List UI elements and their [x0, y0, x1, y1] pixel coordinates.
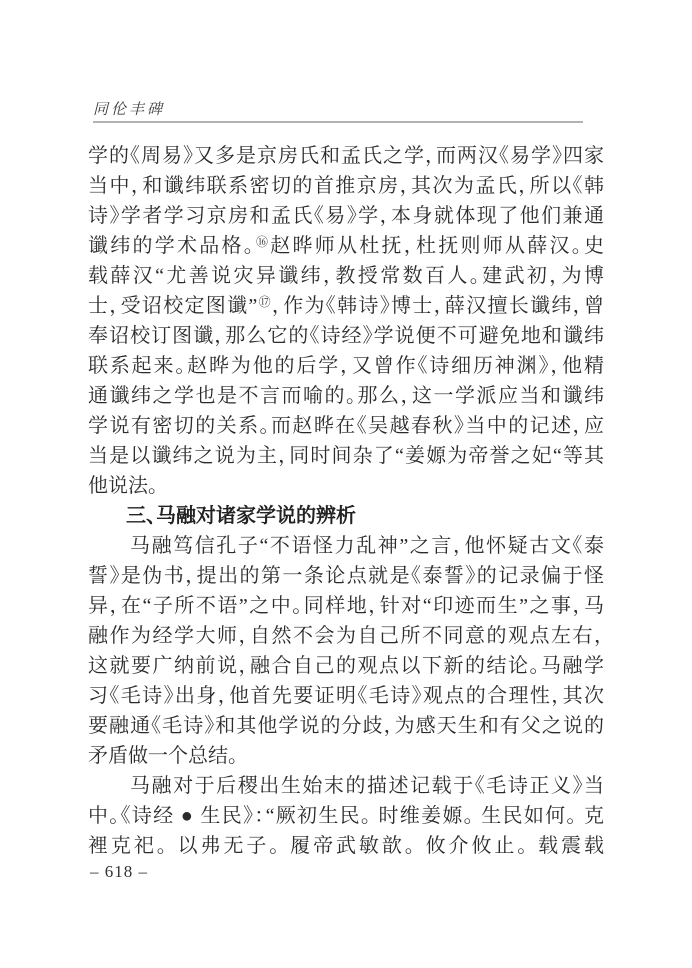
page-body: 学的《周易》又多是京房氏和孟氏之学，而两汉《易学》四家当中，和谶纬联系密切的首推… — [88, 141, 604, 861]
text-line: 士，受诏校定图谶”⑰，作为《韩诗》博士，薛汉擅长谶纬，曾 — [88, 291, 604, 321]
section-heading: 三、马融对诸家学说的辨析 — [88, 501, 604, 531]
text-line: 马融笃信孔子“不语怪力乱神”之言，他怀疑古文《泰 — [88, 531, 604, 561]
text-line: 当中，和谶纬联系密切的首推京房，其次为孟氏，所以《韩 — [88, 171, 604, 201]
page-number: – 618 – — [90, 862, 148, 882]
text-line: 异，在“子所不语”之中。同样地，针对“印迹而生”之事，马 — [88, 591, 604, 621]
text-line: 学的《周易》又多是京房氏和孟氏之学，而两汉《易学》四家 — [88, 141, 604, 171]
book-page: 同伦丰碑 学的《周易》又多是京房氏和孟氏之学，而两汉《易学》四家当中，和谶纬联系… — [0, 0, 692, 968]
text-line: 诗》学者学习京房和孟氏《易》学，本身就体现了他们兼通 — [88, 201, 604, 231]
text-line: 要融通《毛诗》和其他学说的分歧，为感天生和有父之说的 — [88, 711, 604, 741]
footnote-ref: ⑰ — [257, 295, 272, 309]
text-line: 中。《诗经 ● 生民》：“厥初生民。 时维姜嫄。 生民如何。 克 — [88, 801, 604, 831]
text-line: 这就要广纳前说，融合自己的观点以下新的结论。马融学 — [88, 651, 604, 681]
text-line: 矛盾做一个总结。 — [88, 741, 604, 771]
text-line: 裡克祀。 以弗无子。 履帝武敏歆。 攸介攸止。 载震载 — [88, 831, 604, 861]
text-line: 载薛汉“尤善说灾异谶纬，教授常数百人。建武初，为博 — [88, 261, 604, 291]
text-line: 通谶纬之学也是不言而喻的。那么，这一学派应当和谶纬 — [88, 381, 604, 411]
footnote-ref: ⑯ — [256, 235, 270, 249]
text-line: 学说有密切的关系。而赵晔在《吴越春秋》当中的记述，应 — [88, 411, 604, 441]
text-line: 谶纬的学术品格。⑯赵晔师从杜抚，杜抚则师从薛汉。史 — [88, 231, 604, 261]
header-rule — [93, 121, 583, 123]
text-line: 奉诏校订图谶，那么它的《诗经》学说便不可避免地和谶纬 — [88, 321, 604, 351]
text-line: 当是以谶纬之说为主，同时间杂了“姜嫄为帝誉之妃“等其 — [88, 441, 604, 471]
running-header: 同伦丰碑 — [93, 98, 165, 119]
text-line: 马融对于后稷出生始末的描述记载于《毛诗正义》当 — [88, 771, 604, 801]
text-line: 誓》是伪书，提出的第一条论点就是《泰誓》的记录偏于怪 — [88, 561, 604, 591]
text-line: 他说法。 — [88, 471, 604, 501]
text-line: 融作为经学大师，自然不会为自己所不同意的观点左右， — [88, 621, 604, 651]
text-line: 联系起来。赵晔为他的后学，又曾作《诗细历神渊》，他精 — [88, 351, 604, 381]
text-line: 习《毛诗》出身，他首先要证明《毛诗》观点的合理性，其次 — [88, 681, 604, 711]
